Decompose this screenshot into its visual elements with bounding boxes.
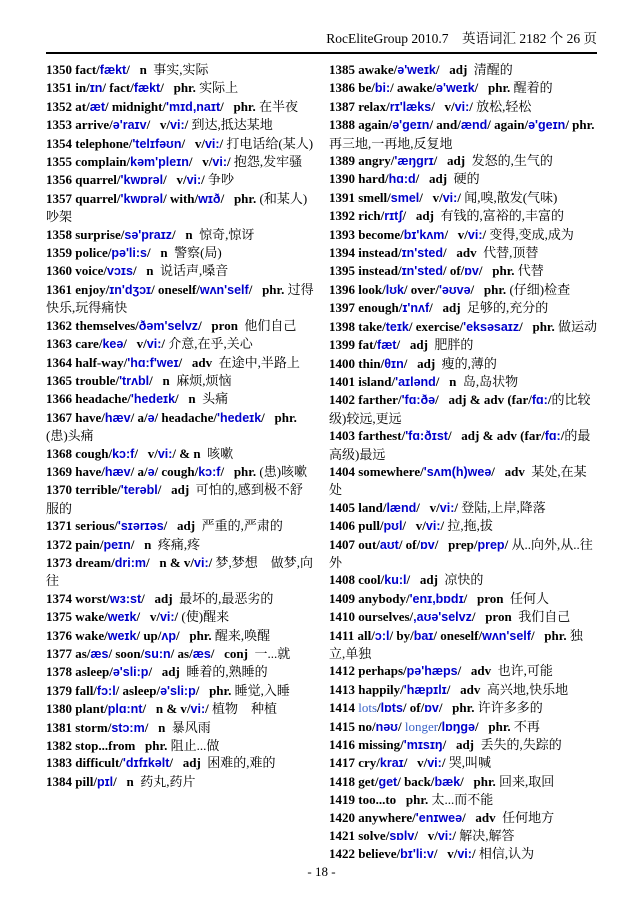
- pronunciation: wʌn'self: [200, 283, 249, 297]
- entry-1402: 1402 farther/'fɑ:ðə/ adj & adv (far/fɑ:/…: [329, 391, 598, 427]
- entry-number: 1397: [329, 300, 358, 315]
- pronunciation: vi:: [147, 337, 162, 351]
- chinese-meaning: 变得,变成,成为: [489, 227, 574, 242]
- chinese-meaning: 也许,可能: [498, 663, 553, 678]
- entry-number: 1399: [329, 337, 358, 352]
- english-word: / phr.: [261, 410, 300, 425]
- chinese-meaning: 回来,取回: [499, 774, 554, 789]
- entry-number: 1368: [46, 446, 75, 461]
- entry-number: 1380: [46, 701, 75, 716]
- pronunciation: ɪn: [90, 81, 103, 95]
- chinese-meaning: 解决,解答: [459, 828, 514, 843]
- pronunciation: keə: [102, 337, 123, 351]
- entry-1368: 1368 cough/kɔ:f/ v/vi:/ & n 咳嗽: [46, 445, 315, 463]
- pronunciation: ə'geɪn: [528, 118, 565, 132]
- english-word: /: [205, 701, 212, 716]
- english-word: be/: [358, 80, 375, 95]
- entry-number: 1411: [329, 628, 358, 643]
- entry-number: 1366: [46, 391, 75, 406]
- entry-1374: 1374 worst/wɜ:st/ adj 最坏的,最恶劣的: [46, 590, 315, 608]
- entry-1389: 1389 angry/'æŋgrɪ/ adj 发怒的,生气的: [329, 152, 598, 170]
- chinese-meaning: 咳嗽: [207, 446, 233, 461]
- english-word: / phr.: [475, 719, 514, 734]
- chinese-meaning: 严重的,严肃的: [202, 518, 283, 533]
- english-word: as/: [75, 646, 90, 661]
- english-word: /: [227, 154, 234, 169]
- entry-1390: 1390 hard/hɑ:d/ adj 硬的: [329, 170, 598, 188]
- english-word: storm/: [75, 720, 111, 735]
- english-word: / headache/: [155, 410, 217, 425]
- pronunciation: ɒv: [424, 701, 439, 715]
- english-word: / adv: [447, 682, 487, 697]
- pronunciation: fæt: [377, 338, 396, 352]
- entry-number: 1420: [329, 810, 358, 825]
- english-word: / n & v/: [146, 555, 194, 570]
- english-word: / up/: [136, 628, 161, 643]
- pronunciation: vi:: [443, 191, 458, 205]
- entry-1377: 1377 as/æs/ soon/su:n/ as/æs/ conj 一...就: [46, 645, 315, 663]
- english-word: / adj: [436, 62, 474, 77]
- pronunciation: pə'li:s: [111, 246, 147, 260]
- english-word: / v/: [414, 828, 437, 843]
- english-word: / phr.: [475, 80, 514, 95]
- english-word: / oneself/: [433, 628, 482, 643]
- english-word: / adj: [148, 664, 186, 679]
- english-word: surprise/: [75, 227, 124, 242]
- entry-1399: 1399 fat/fæt/ adj 肥胖的: [329, 336, 598, 354]
- entry-1416: 1416 missing/'mɪsɪŋ/ adj 丢失的,失踪的: [329, 736, 598, 754]
- english-word: voice/: [75, 263, 107, 278]
- chinese-meaning: 最坏的,最恶劣的: [179, 591, 273, 606]
- pronunciation: pɪl: [97, 775, 113, 789]
- english-word: / adj & adv (far/: [435, 392, 532, 407]
- english-word: / adj: [416, 171, 454, 186]
- english-word: happily/: [358, 682, 404, 697]
- english-word: / n: [147, 245, 174, 260]
- entry-number: 1359: [46, 245, 75, 260]
- english-word: pain/: [75, 537, 103, 552]
- entry-1370: 1370 terrible/'terəbl/ adj 可怕的,感到极不舒服的: [46, 481, 315, 517]
- entry-1351: 1351 in/ɪn/ fact/fækt/ phr. 实际上: [46, 79, 315, 97]
- entry-1401: 1401 island/'aɪlənd/ n 岛,岛状物: [329, 373, 598, 391]
- entry-1371: 1371 serious/'sɪərɪəs/ adj 严重的,严肃的: [46, 517, 315, 535]
- english-word: / v/: [189, 154, 212, 169]
- pronunciation: 'hɑ:f'weɪ: [127, 356, 178, 370]
- entry-number: 1408: [329, 572, 358, 587]
- english-word: / adv: [179, 355, 219, 370]
- english-word: /: [442, 755, 449, 770]
- entry-1405: 1405 land/lænd/ v/vi:/ 登陆,上岸,降落: [329, 499, 598, 517]
- entry-number: 1374: [46, 591, 75, 606]
- pronunciation: su:n: [144, 647, 170, 661]
- chinese-meaning: 放松,轻松: [476, 99, 531, 114]
- english-word: / phr.: [471, 282, 510, 297]
- chinese-meaning: 植物 种植: [212, 701, 277, 716]
- entry-1358: 1358 surprise/sə'praɪz/ n 惊奇,惊讶: [46, 226, 315, 244]
- entry-1404: 1404 somewhere/'sʌm(h)weə/ adv 某处,在某处: [329, 463, 598, 499]
- english-word: / awake/: [390, 80, 436, 95]
- chinese-meaning: 困难的,难的: [207, 755, 275, 770]
- pronunciation: fækt: [100, 63, 126, 77]
- pronunciation: ɒv: [420, 538, 435, 552]
- english-word: solve/: [358, 828, 389, 843]
- pronunciation: 'kwɒrəl: [121, 173, 164, 187]
- page-content: 1350 fact/fækt/ n 事实,实际1351 in/ɪn/ fact/…: [46, 61, 597, 864]
- pronunciation: ɪ'nʌf: [402, 301, 429, 315]
- page-header: RocEliteGroup 2010.7 英语词汇 2182 个 26 页: [46, 30, 597, 54]
- pronunciation: hæv: [105, 465, 131, 479]
- pronunciation: vi:: [205, 137, 220, 151]
- pronunciation: bɪ'li:v: [400, 847, 434, 861]
- pronunciation: 'enɪweə: [416, 811, 462, 825]
- entry-number: 1373: [46, 555, 75, 570]
- chinese-meaning: 实际上: [199, 80, 238, 95]
- entry-number: 1385: [329, 62, 358, 77]
- pronunciation: ænd: [461, 118, 487, 132]
- pronunciation: 'eksəsaɪz: [463, 320, 519, 334]
- pronunciation: get: [378, 775, 397, 789]
- entry-number: 1364: [46, 355, 75, 370]
- entry-1355: 1355 complain/kəm'pleɪn/ v/vi:/ 抱怨,发牢骚: [46, 153, 315, 171]
- entry-1369: 1369 have/hæv/ a/ə/ cough/kɔ:f/ phr. (患)…: [46, 463, 315, 481]
- english-word: difficult/: [75, 755, 123, 770]
- entry-number: 1393: [329, 227, 358, 242]
- entry-1410: 1410 ourselves/,aʊə'selvz/ pron 我们自己: [329, 608, 598, 626]
- chinese-meaning: 有钱的,富裕的,丰富的: [440, 208, 564, 223]
- pronunciation: ɔ:l: [375, 629, 390, 643]
- entry-number: 1367: [46, 410, 75, 425]
- entry-1397: 1397 enough/ɪ'nʌf/ adj 足够的,充分的: [329, 299, 598, 317]
- english-word: / v/: [123, 336, 146, 351]
- english-word: / phr.: [519, 319, 558, 334]
- chinese-meaning: 阻止...做: [171, 738, 220, 753]
- entry-1403: 1403 farthest/'fɑ:ðɪst/ adj & adv (far/f…: [329, 427, 598, 463]
- entry-number: 1369: [46, 464, 75, 479]
- chinese-meaning: 代替,顶替: [483, 245, 538, 260]
- pronunciation: kraɪ: [380, 756, 404, 770]
- pronunciation: ə'geɪn: [392, 118, 429, 132]
- english-word: / adj: [164, 518, 202, 533]
- pronunciation: 'hedeɪk: [131, 392, 175, 406]
- pronunciation: lænd: [386, 501, 416, 515]
- entry-1353: 1353 arrive/ə'raɪv/ v/vi:/ 到达,抵达某地: [46, 116, 315, 134]
- entry-number: 1402: [329, 392, 358, 407]
- entry-number: 1354: [46, 136, 75, 151]
- pronunciation: 'mɪsɪŋ: [404, 738, 443, 752]
- english-word: / adj: [443, 737, 481, 752]
- pronunciation: wɪð: [198, 192, 220, 206]
- pronunciation: lɒts: [381, 701, 403, 715]
- pronunciation: vi:: [426, 519, 441, 533]
- english-word: / of/: [403, 700, 424, 715]
- english-word: / n: [145, 720, 172, 735]
- pronunciation: 'terəbl: [121, 483, 158, 497]
- chinese-meaning: 拉,拖,拔: [447, 518, 493, 533]
- chinese-meaning: 代替: [518, 263, 544, 278]
- english-word: / phr.: [220, 99, 259, 114]
- entry-number: 1378: [46, 664, 75, 679]
- english-word: / back/: [397, 774, 434, 789]
- entry-number: 1405: [329, 500, 358, 515]
- english-word: island/: [358, 374, 395, 389]
- entry-1398: 1398 take/teɪk/ exercise/'eksəsaɪz/ phr.…: [329, 318, 598, 336]
- pronunciation: vi:: [194, 556, 209, 570]
- english-word: fact/: [75, 62, 100, 77]
- english-word: /: [472, 846, 479, 861]
- entry-1411: 1411 all/ɔ:l/ by/baɪ/ oneself/wʌn'self/ …: [329, 627, 598, 663]
- english-word: dream/: [75, 555, 114, 570]
- english-word: quarrel/: [75, 172, 120, 187]
- pronunciation: ə'sli:p: [113, 665, 149, 679]
- entry-number: 1372: [46, 537, 75, 552]
- chinese-meaning: 我们自己: [518, 609, 570, 624]
- entry-number: 1419: [329, 792, 358, 807]
- english-word: half-way/: [75, 355, 127, 370]
- pronunciation: fɔ:l: [97, 684, 116, 698]
- pronunciation: ðəm'selvz: [139, 319, 198, 333]
- pronunciation: 'telɪfəʊn: [132, 137, 181, 151]
- english-word: care/: [75, 336, 102, 351]
- entry-1395: 1395 instead/ɪn'sted/ of/ɒv/ phr. 代替: [329, 262, 598, 280]
- chinese-meaning: 做运动: [558, 319, 597, 334]
- pronunciation: sə'praɪz: [124, 228, 172, 242]
- entry-number: 1389: [329, 153, 358, 168]
- entry-number: 1365: [46, 373, 75, 388]
- chinese-meaning: 再三地,一再地,反复地: [329, 136, 453, 151]
- english-word: / soon/: [109, 646, 145, 661]
- english-word: / v/: [136, 609, 159, 624]
- entry-1386: 1386 be/bi:/ awake/ə'weɪk/ phr. 醒着的: [329, 79, 598, 97]
- pronunciation: æt: [90, 100, 105, 114]
- chinese-meaning: 一...就: [254, 646, 290, 661]
- entry-1396: 1396 look/lʊk/ over/'əʊvə/ phr. (仔细)检查: [329, 281, 598, 299]
- pronunciation: 'fɑ:ðɪst: [405, 429, 448, 443]
- entry-1376: 1376 wake/weɪk/ up/ʌp/ phr. 醒来,唤醒: [46, 627, 315, 645]
- english-word: / adv: [462, 810, 502, 825]
- entry-1372: 1372 pain/peɪn/ n 疼痛,疼: [46, 536, 315, 554]
- entry-1384: 1384 pill/pɪl/ n 药丸,药片: [46, 773, 315, 791]
- entry-number: 1351: [46, 80, 75, 95]
- pronunciation: hɑ:d: [389, 172, 416, 186]
- english-word: / n: [126, 62, 153, 77]
- entry-1415: 1415 no/nəʊ/ longer/lɒŋgə/ phr. 不再: [329, 718, 598, 736]
- entry-1357: 1357 quarrel/'kwɒrəl/ with/wɪð/ phr. (和某…: [46, 190, 315, 226]
- pronunciation: vi:: [212, 155, 227, 169]
- pronunciation: 'enɪ,bɒdɪ: [410, 592, 464, 606]
- pronunciation: wɜ:st: [110, 592, 141, 606]
- entry-number: 1418: [329, 774, 358, 789]
- entry-number: 1394: [329, 245, 358, 260]
- entry-1379: 1379 fall/fɔ:l/ asleep/ə'sli:p/ phr. 睡觉,…: [46, 682, 315, 700]
- entry-1382: 1382 stop...from phr. 阻止...做: [46, 737, 315, 754]
- english-word: / of/: [443, 263, 464, 278]
- english-word: too...to phr.: [358, 792, 431, 807]
- entry-1414: 1414 lots/lɒts/ of/ɒv/ phr. 许许多多的: [329, 699, 598, 717]
- english-word: pull/: [358, 518, 383, 533]
- english-word: / adv: [443, 245, 483, 260]
- pronunciation: vi:: [455, 100, 470, 114]
- entry-number: 1404: [329, 464, 358, 479]
- pronunciation: 'əʊvə: [439, 283, 471, 297]
- chinese-meaning: 惊奇,惊讶: [199, 227, 254, 242]
- entry-number: 1396: [329, 282, 358, 297]
- entry-number: 1363: [46, 336, 75, 351]
- pronunciation: ʌp: [161, 629, 176, 643]
- chinese-meaning: 在途中,半路上: [219, 355, 300, 370]
- entry-1373: 1373 dream/dri:m/ n & v/vi:/ 梦,梦想 做梦,向往: [46, 554, 315, 590]
- english-word: complain/: [75, 154, 130, 169]
- english-word: believe/: [358, 846, 400, 861]
- pronunciation: bɪ'kʌm: [404, 228, 445, 242]
- entry-1350: 1350 fact/fækt/ n 事实,实际: [46, 61, 315, 79]
- entry-number: 1360: [46, 263, 75, 278]
- english-word: / pron: [472, 609, 518, 624]
- document-page: RocEliteGroup 2010.7 英语词汇 2182 个 26 页 13…: [0, 0, 640, 904]
- entry-number: 1416: [329, 737, 358, 752]
- entry-number: 1381: [46, 720, 75, 735]
- pronunciation: bi:: [375, 81, 390, 95]
- english-word: farther/: [358, 392, 401, 407]
- pronunciation: θɪn: [384, 357, 403, 371]
- english-word: / v/: [431, 99, 454, 114]
- english-word: / adj & adv (far/: [448, 428, 545, 443]
- pronunciation: ɪn'dʒɔɪ: [109, 283, 151, 297]
- entry-number: 1390: [329, 171, 358, 186]
- english-word: telephone/: [75, 136, 132, 151]
- chinese-meaning: 足够的,充分的: [467, 300, 548, 315]
- pronunciation: ku:l: [384, 573, 406, 587]
- pronunciation: stɔ:m: [111, 721, 144, 735]
- english-word: / phr.: [196, 683, 235, 698]
- right-column: 1385 awake/ə'weɪk/ adj 清醒的1386 be/bi:/ a…: [329, 61, 598, 864]
- english-word: / adj: [404, 356, 442, 371]
- english-word: / of/: [399, 537, 420, 552]
- entry-1394: 1394 instead/ɪn'sted/ adv 代替,顶替: [329, 244, 598, 262]
- chinese-meaning: 不再: [514, 719, 540, 734]
- entry-1408: 1408 cool/ku:l/ adj 凉快的: [329, 571, 598, 589]
- pronunciation: 'fɑ:ðə: [402, 393, 436, 407]
- entry-number: 1417: [329, 755, 358, 770]
- pronunciation: ə'sli:p: [160, 684, 196, 698]
- pronunciation: ɪn'sted: [402, 246, 443, 260]
- pronunciation: 'aɪlənd: [395, 375, 436, 389]
- chinese-meaning: 肥胖的: [434, 337, 473, 352]
- english-word: / again/: [487, 117, 528, 132]
- pronunciation: fɑ:: [532, 393, 548, 407]
- chinese-meaning: 睡觉,入睡: [235, 683, 290, 698]
- chinese-meaning: 醒着的: [514, 80, 553, 95]
- pronunciation: ə'raɪv: [113, 118, 147, 132]
- pronunciation: 'hedeɪk: [217, 411, 261, 425]
- english-word: / v/: [163, 172, 186, 187]
- entry-number: 1412: [329, 663, 358, 678]
- pronunciation: hæv: [105, 411, 131, 425]
- chinese-meaning: 任何人: [510, 591, 549, 606]
- english-word: land/: [358, 500, 386, 515]
- english-word: at/: [75, 99, 89, 114]
- chinese-meaning: 登陆,上岸,降落: [461, 500, 546, 515]
- english-word: / n: [149, 373, 176, 388]
- chinese-meaning: 说话声,嗓音: [160, 263, 228, 278]
- entry-number: 1362: [46, 318, 75, 333]
- pronunciation: æs: [90, 647, 108, 661]
- entry-number: 1383: [46, 755, 75, 770]
- entry-number: 1379: [46, 683, 75, 698]
- pronunciation: vi:: [160, 610, 175, 624]
- entry-number: 1384: [46, 774, 75, 789]
- english-word: / asleep/: [116, 683, 160, 698]
- entry-number: 1392: [329, 208, 358, 223]
- pronunciation: rɪtʃ: [384, 209, 402, 223]
- english-word: / midnight/: [105, 99, 166, 114]
- english-word: / v/: [147, 117, 170, 132]
- english-word: missing/: [358, 737, 404, 752]
- chinese-meaning: 到达,抵达某地: [192, 117, 273, 132]
- pronunciation: weɪk: [108, 629, 137, 643]
- pronunciation: bæk: [434, 775, 460, 789]
- pronunciation: vi:: [191, 702, 206, 716]
- pronunciation: fɑ:: [545, 429, 561, 443]
- entry-1388: 1388 again/ə'geɪn/ and/ænd/ again/ə'geɪn…: [329, 116, 598, 152]
- page-number: - 18 -: [307, 864, 335, 879]
- english-word: police/: [75, 245, 111, 260]
- chinese-meaning: 岛,岛状物: [463, 374, 518, 389]
- entry-1363: 1363 care/keə/ v/vi:/ 介意,在乎,关心: [46, 335, 315, 353]
- pronunciation: æs: [193, 647, 211, 661]
- english-word: / as/: [171, 646, 193, 661]
- english-word: / adv: [458, 663, 498, 678]
- chinese-meaning: 争吵: [208, 172, 234, 187]
- entry-number: 1388: [329, 117, 358, 132]
- pronunciation: vi:: [440, 501, 455, 515]
- english-word: / & n: [172, 446, 207, 461]
- pronunciation: 'mɪd,naɪt: [166, 100, 220, 114]
- entry-1417: 1417 cry/kraɪ/ v/vi:/ 哭,叫喊: [329, 754, 598, 772]
- chinese-meaning: 抱怨,发牢骚: [234, 154, 302, 169]
- entry-number: 1395: [329, 263, 358, 278]
- english-word: worst/: [75, 591, 110, 606]
- english-word: / phr.: [460, 774, 499, 789]
- highlighted-word: lots: [358, 700, 377, 715]
- english-word: / fact/: [102, 80, 133, 95]
- pronunciation: 'sʌm(h)weə: [424, 465, 492, 479]
- chinese-meaning: 麻烦,烦恼: [176, 373, 231, 388]
- entry-1364: 1364 half-way/'hɑ:f'weɪ/ adv 在途中,半路上: [46, 354, 315, 372]
- entry-1422: 1422 believe/bɪ'li:v/ v/vi:/ 相信,认为: [329, 845, 598, 863]
- english-word: fat/: [358, 337, 377, 352]
- english-word: / n & v/: [142, 701, 190, 716]
- entry-number: 1377: [46, 646, 75, 661]
- english-word: / over/: [404, 282, 439, 297]
- english-word: / adj: [158, 482, 196, 497]
- pronunciation: teɪk: [386, 320, 409, 334]
- pronunciation: dri:m: [115, 556, 146, 570]
- chinese-meaning: (使)醒来: [181, 609, 229, 624]
- pronunciation: nəʊ: [376, 720, 398, 734]
- english-word: take/: [358, 319, 385, 334]
- entry-1366: 1366 headache/'hedeɪk/ n 头痛: [46, 390, 315, 408]
- english-word: / phr.: [439, 700, 478, 715]
- entry-1392: 1392 rich/rɪtʃ/ adj 有钱的,富裕的,丰富的: [329, 207, 598, 225]
- english-word: thin/: [358, 356, 384, 371]
- english-word: / v/: [444, 227, 467, 242]
- english-word: instead/: [358, 245, 401, 260]
- pronunciation: vi:: [170, 118, 185, 132]
- english-word: / n: [113, 774, 140, 789]
- english-word: quarrel/: [75, 191, 120, 206]
- pronunciation: ə: [148, 465, 155, 479]
- english-word: smell/: [358, 190, 391, 205]
